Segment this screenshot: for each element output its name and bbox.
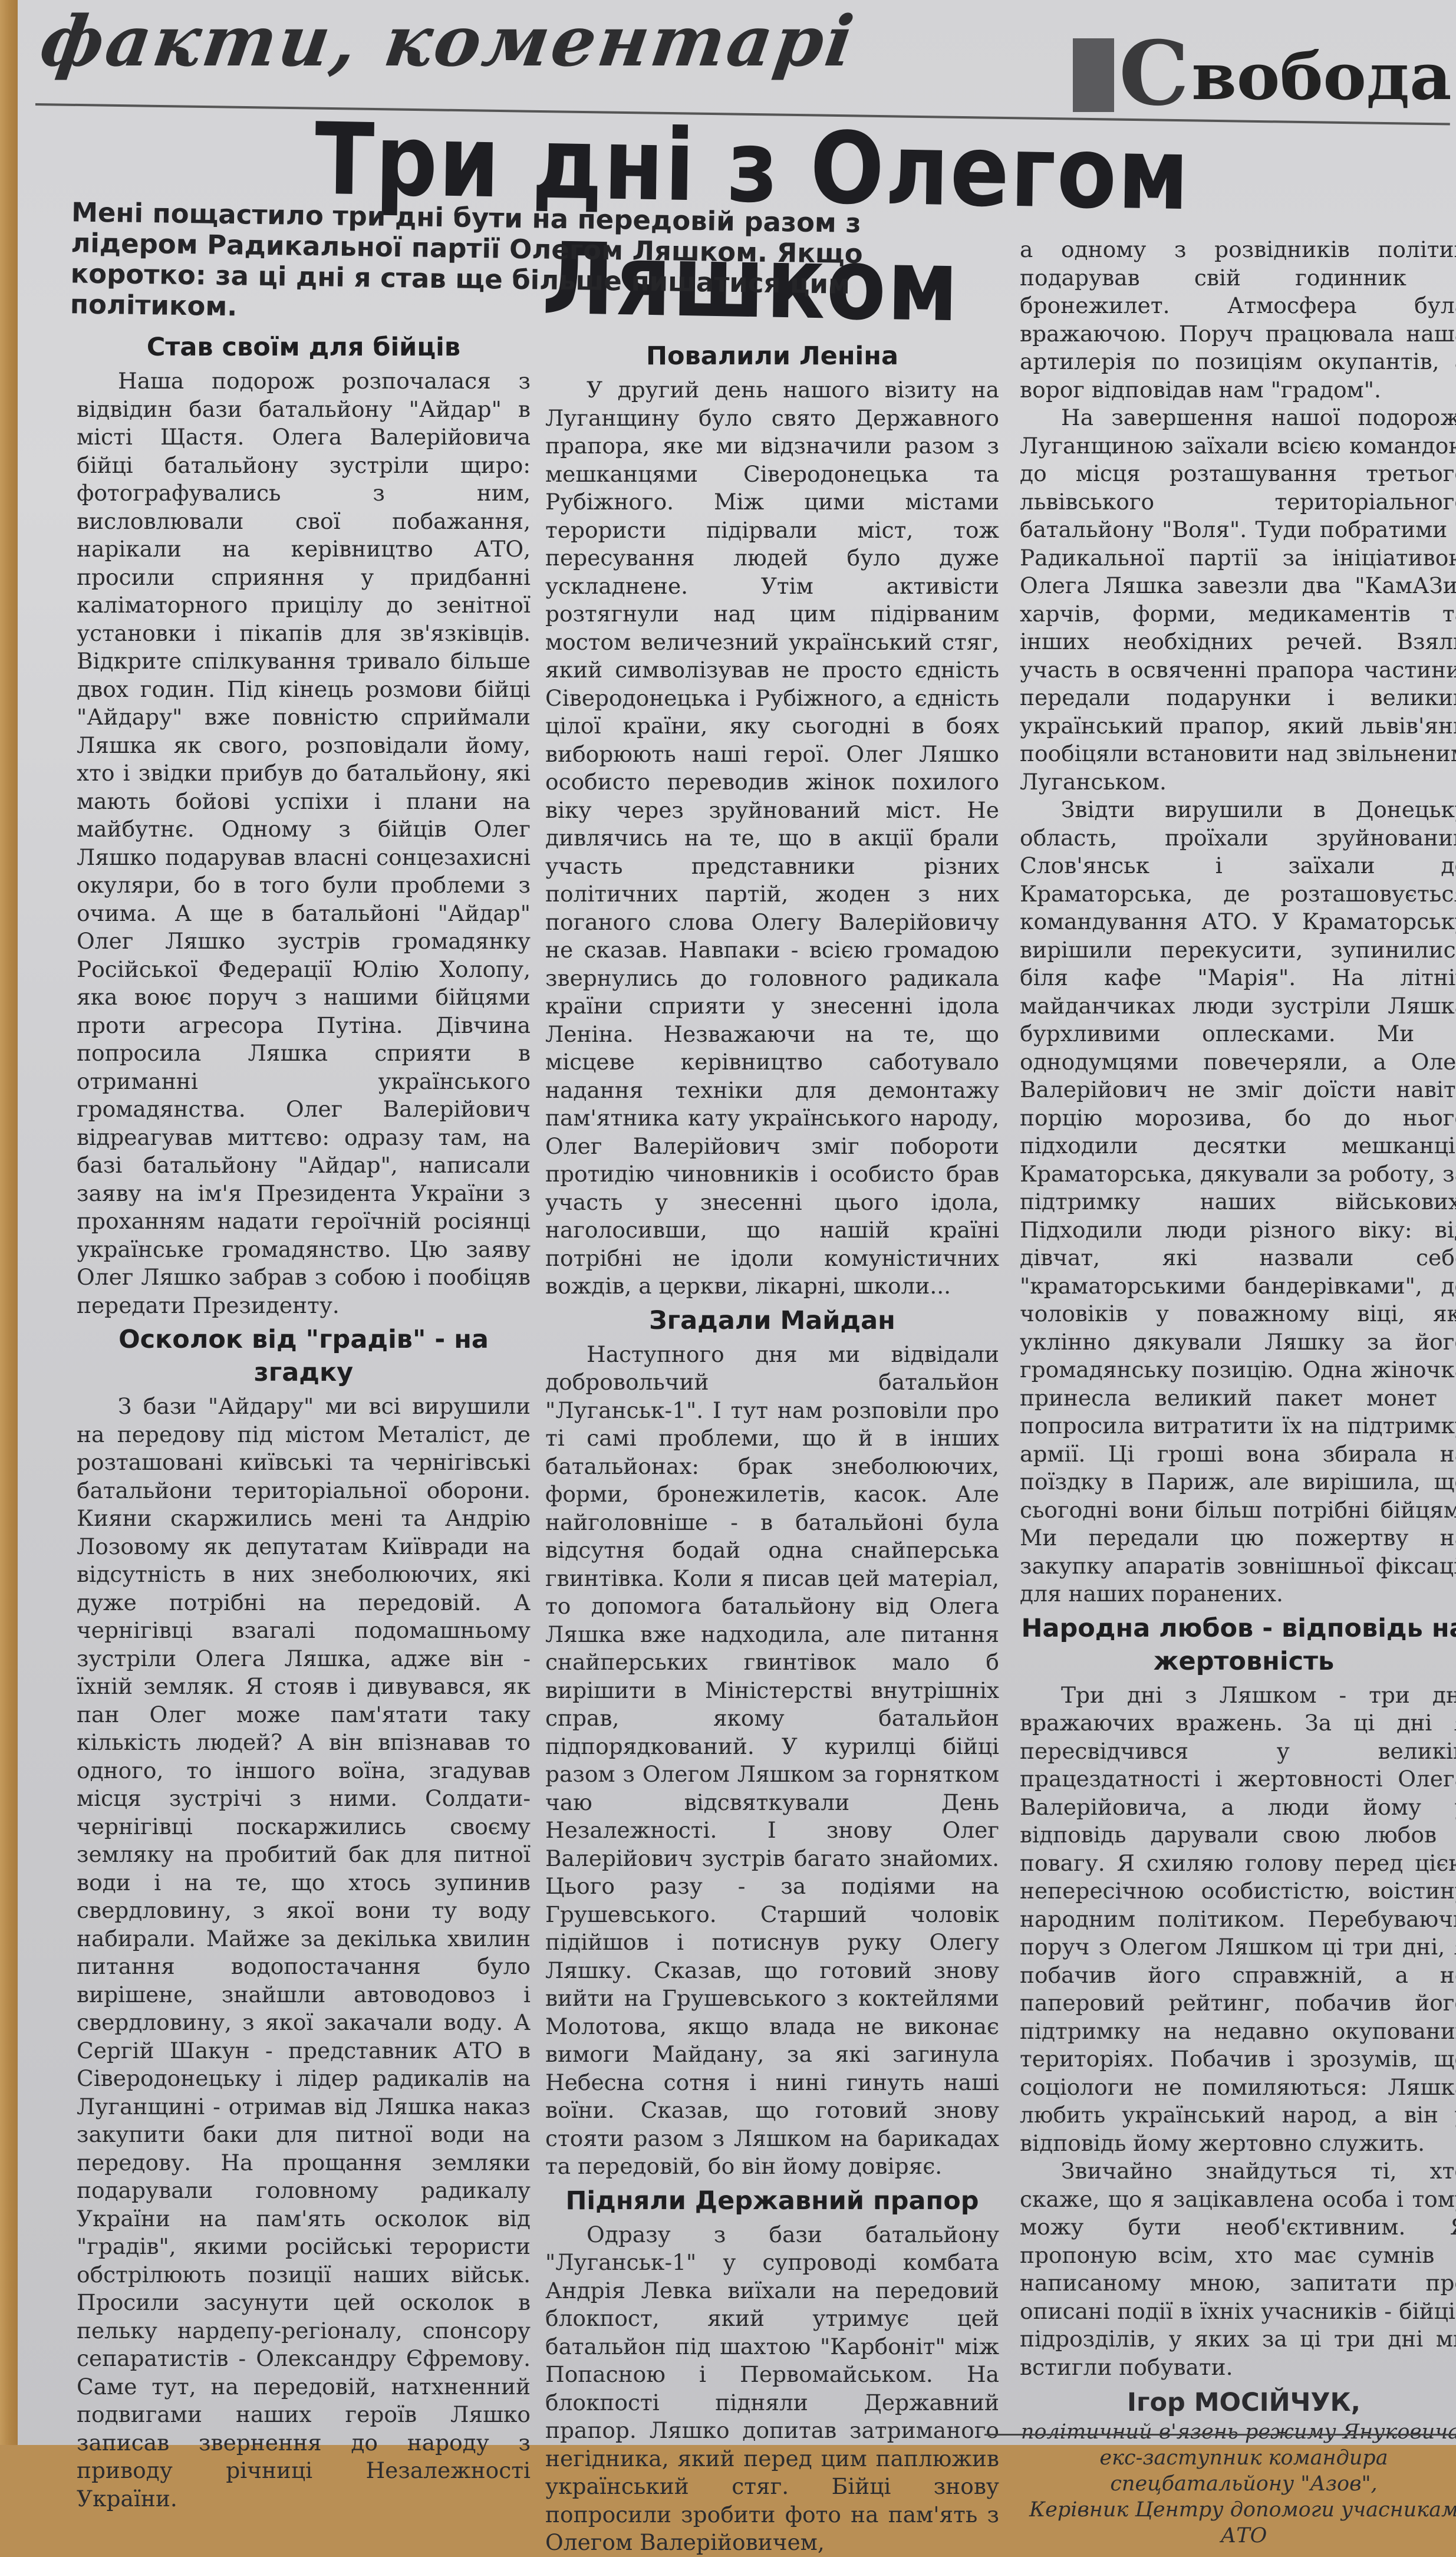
section-rubric: факти, коментарі — [35, 0, 861, 82]
column-3: а одному з розвідників політик подарував… — [1020, 236, 1456, 2445]
paragraph: Звідти вирушили в Донецьку область, прої… — [1020, 796, 1456, 1608]
paragraph: У другий день нашого візиту на Луганщину… — [545, 376, 999, 1301]
paragraph: На завершення нашої подорожі Луганщиною … — [1020, 404, 1456, 796]
subheading: Підняли Державний прапор — [545, 2184, 999, 2217]
subheading: Згадали Майдан — [545, 1304, 999, 1337]
column-2: Повалили Леніна У другий день нашого віз… — [545, 336, 999, 2445]
subheading: Осколок від "градів" - на згадку — [77, 1323, 531, 1389]
paragraph: Звичайно знайдуться ті, хто скаже, що я … — [1020, 2157, 1456, 2381]
paragraph-continued: а одному з розвідників політик подарував… — [1020, 236, 1456, 404]
subheading: Став своїм для бійців — [77, 331, 531, 364]
logo-initial: С — [1119, 35, 1189, 112]
paragraph: Наша подорож розпочалася з відвідин бази… — [77, 367, 531, 1319]
column-1: Став своїм для бійців Наша подорож розпо… — [77, 327, 531, 2445]
logo-square-icon — [1073, 38, 1114, 112]
paragraph: Наступного дня ми відвідали добровольчий… — [545, 1341, 999, 2181]
paragraph: Три дні з Ляшком - три дні вражаючих вра… — [1020, 1681, 1456, 2158]
bottom-divider — [984, 2434, 1456, 2436]
subheading: Повалили Леніна — [545, 340, 999, 373]
article-lead: Мені пощастило три дні бути на передовій… — [70, 197, 974, 332]
masthead-logo: С вобода — [1073, 24, 1452, 112]
paragraph: Одразу з бази батальйону "Луганськ-1" у … — [545, 2221, 999, 2446]
subheading: Народна любов - відповідь на жертовність — [1020, 1612, 1456, 1678]
paragraph: З бази "Айдару" ми всі вирушили на перед… — [77, 1393, 531, 2445]
author-name: Ігор МОСІЙЧУК, — [1020, 2386, 1456, 2419]
logo-text: вобода — [1191, 41, 1451, 112]
newspaper-page: факти, коментарі С вобода Три дні з Олег… — [18, 0, 1456, 2445]
author-role: політичний в'язень режиму Януковича, — [1020, 2419, 1456, 2445]
author-signature: Ігор МОСІЙЧУК, політичний в'язень режиму… — [1020, 2386, 1456, 2445]
